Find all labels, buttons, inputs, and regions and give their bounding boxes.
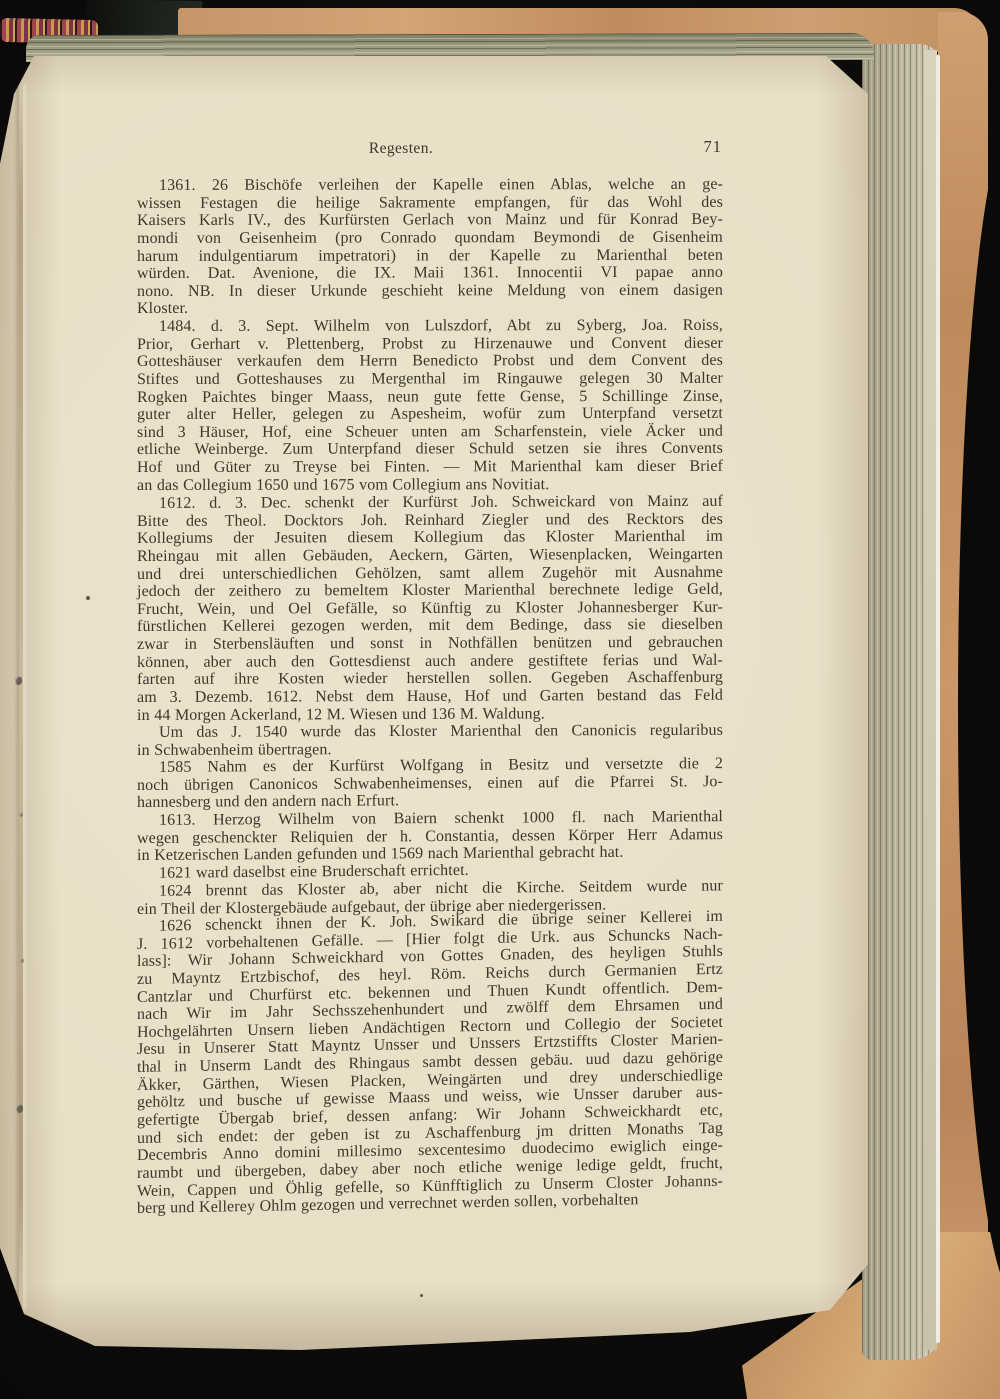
paragraph: Um das J. 1540 wurde das Kloster Marient…	[137, 722, 723, 760]
text-line: harum indulgentiarum impetratori) in der…	[137, 246, 723, 265]
paragraph: 1585 Nahm es der Kurfürst Wolfgang in Be…	[137, 755, 723, 812]
text-line: sind 3 Häuser, Hof, eine Scheuer unten a…	[137, 423, 723, 442]
paragraph: 1613. Herzog Wilhelm von Baiern schenkt …	[137, 808, 723, 865]
paper-speck	[86, 596, 90, 600]
paragraph: 1361. 26 Bischöfe verleihen der Kapelle …	[137, 176, 723, 318]
running-title: Regesten.	[137, 140, 723, 158]
text-line: guter alter Heller, gelegen zu Aspesheim…	[137, 405, 723, 424]
text-line: Bitte des Theol. Docktors Joh. Reinhard …	[137, 510, 723, 530]
binding-stitch-mark	[15, 676, 22, 685]
paper-speck	[420, 1294, 423, 1297]
text-line: Frucht, Wein, und Oel Gefälle, so Künfti…	[137, 598, 723, 618]
text-line: jedoch der zeithero zu bemeltem Kloster …	[137, 580, 723, 600]
text-line: Hof und Güter zu Treyse bei Finten. — Mi…	[137, 458, 723, 477]
text-line: Kaisers Karls IV., des Kurfürsten Gerlac…	[137, 211, 723, 230]
text-line: fürstlichen Kellerei gezogen werden, mit…	[137, 616, 723, 636]
binding-stitch-mark	[20, 958, 24, 963]
text-line: Um das J. 1540 wurde das Kloster Marient…	[137, 722, 723, 742]
page-text: 1361. 26 Bischöfe verleihen der Kapelle …	[137, 177, 723, 1218]
text-line: Gotteshäuser verkaufen dem Herrn Benedic…	[137, 352, 723, 371]
text-line: Kloster.	[137, 299, 723, 318]
text-line: zwar in Sterbensläuften und sonst in Not…	[137, 633, 723, 653]
text-line: an das Collegium 1650 und 1675 vom Colle…	[137, 476, 723, 495]
paragraph: 1484. d. 3. Sept. Wilhelm von Lulszdorf,…	[137, 317, 723, 495]
text-line: nono. NB. In dieser Urkunde geschieht ke…	[137, 282, 723, 301]
text-line: farten auf ihre Kosten wieder herstellen…	[137, 669, 723, 689]
text-line: Prior, Gerhart v. Plettenberg, Probst zu…	[137, 335, 723, 354]
text-line: Kollegiums der Jesuiten diesem Kollegium…	[137, 528, 723, 548]
book-page: Regesten. 71 1361. 26 Bischöfe verleihen…	[0, 56, 868, 1358]
paragraph: 1626 schenckt ihnen der K. Joh. Swikard …	[137, 908, 723, 1218]
text-line: am 3. Dezemb. 1612. Nebst dem Hause, Hof…	[137, 686, 723, 706]
binding-stitch-mark	[16, 1104, 23, 1113]
text-line: in 44 Morgen Ackerland, 12 M. Wiesen und…	[137, 704, 723, 724]
text-line: 1361. 26 Bischöfe verleihen der Kapelle …	[137, 176, 723, 195]
bright-page-edge	[936, 55, 940, 1343]
text-line: wissen Festagen die heilige Sakramente e…	[137, 193, 723, 212]
text-line: 1612. d. 3. Dec. schenkt der Kurfürst Jo…	[137, 492, 723, 512]
text-line: Rogken Paichtes binger Maass, neun gute …	[137, 387, 723, 406]
text-line: und drei unterschiedlichen Gehölzen, sam…	[137, 563, 723, 583]
scanned-book-photo: Regesten. 71 1361. 26 Bischöfe verleihen…	[0, 0, 1000, 1399]
text-line: mondi von Geisenheim (pro Conrado quonda…	[137, 229, 723, 248]
text-line: können, aber auch den Gottesdienst auch …	[137, 651, 723, 671]
page-header: Regesten. 71	[137, 140, 723, 160]
text-line: würden. Dat. Avenione, die IX. Maii 1361…	[137, 264, 723, 283]
text-line: 1484. d. 3. Sept. Wilhelm von Lulszdorf,…	[137, 317, 723, 336]
text-line: Rheingau mit allen Gebäuden, Aeckern, Gä…	[137, 545, 723, 565]
page-number: 71	[704, 137, 723, 157]
gutter-crease	[19, 84, 23, 1310]
text-line: etliche Weinberge. Zum Unterpfand dieser…	[137, 440, 723, 459]
binding-stitch-mark	[19, 812, 23, 817]
paragraph: 1612. d. 3. Dec. schenkt der Kurfürst Jo…	[137, 492, 723, 724]
text-line: Stiftes und Gotteshauses zu Mergenthal i…	[137, 370, 723, 389]
